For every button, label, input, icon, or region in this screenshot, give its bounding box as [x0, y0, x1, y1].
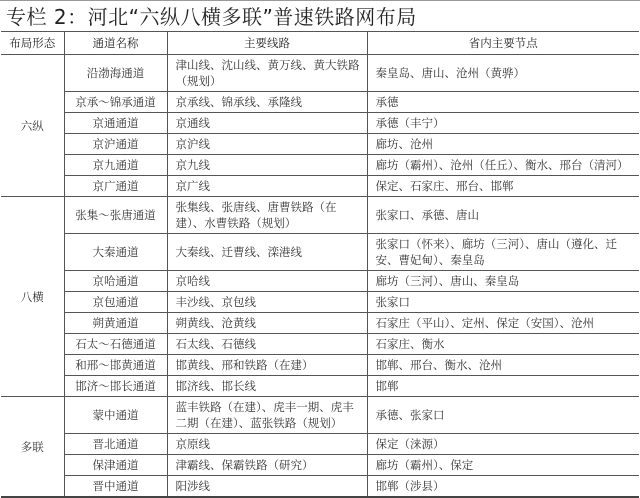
channel-cell: 京广通道 [64, 176, 167, 197]
railway-layout-table: 布局形态 通道名称 主要线路 省内主要节点 六纵 沿渤海通道 津山线、沈山线、黄… [1, 31, 639, 498]
table-row: 京哈通道 京哈线 廊坊（三河）、唐山、秦皇岛 [1, 271, 639, 292]
table-row: 六纵 沿渤海通道 津山线、沈山线、黄万线、黄大铁路（规划） 秦皇岛、唐山、沧州（… [1, 55, 639, 92]
header-nodes: 省内主要节点 [367, 32, 639, 55]
channel-cell: 和邢～邯黄通道 [64, 355, 167, 376]
nodes-cell: 张家口（怀来）、廊坊（三河）、唐山（遵化、迁安、曹妃甸）、秦皇岛 [367, 234, 639, 271]
nodes-cell: 石家庄、衡水 [367, 334, 639, 355]
header-channel: 通道名称 [64, 32, 167, 55]
channel-cell: 京哈通道 [64, 271, 167, 292]
channel-cell: 晋中通道 [64, 476, 167, 498]
nodes-cell: 廊坊（霸州）、保定 [367, 455, 639, 476]
lines-cell: 京沪线 [167, 134, 367, 155]
table-row: 邯济～邯长通道 邯济线、邯长线 邯郸 [1, 376, 639, 397]
layout-cell: 六纵 [1, 55, 64, 197]
channel-cell: 京承～锦承通道 [64, 92, 167, 113]
lines-cell: 丰沙线、京包线 [167, 292, 367, 313]
nodes-cell: 秦皇岛、唐山、沧州（黄骅） [367, 55, 639, 92]
lines-cell: 京哈线 [167, 271, 367, 292]
channel-cell: 张集～张唐通道 [64, 197, 167, 234]
nodes-cell: 邯郸 [367, 376, 639, 397]
lines-cell: 张集线、张唐线、唐曹铁路（在建）、水曹铁路（规划） [167, 197, 367, 234]
table-row: 保津通道 津霸线、保霸铁路（研究） 廊坊（霸州）、保定 [1, 455, 639, 476]
channel-cell: 石太～石德通道 [64, 334, 167, 355]
channel-cell: 晋北通道 [64, 434, 167, 455]
channel-cell: 沿渤海通道 [64, 55, 167, 92]
channel-cell: 京通通道 [64, 113, 167, 134]
nodes-cell: 邯郸、邢台、衡水、沧州 [367, 355, 639, 376]
table-row: 八横 张集～张唐通道 张集线、张唐线、唐曹铁路（在建）、水曹铁路（规划） 张家口… [1, 197, 639, 234]
lines-cell: 邯黄线、邢和铁路（在建） [167, 355, 367, 376]
lines-cell: 津霸线、保霸铁路（研究） [167, 455, 367, 476]
header-layout: 布局形态 [1, 32, 64, 55]
channel-cell: 大秦通道 [64, 234, 167, 271]
channel-cell: 京九通道 [64, 155, 167, 176]
table-row: 京承～锦承通道 京承线、锦承线、承隆线 承德 [1, 92, 639, 113]
table-row: 朔黄通道 朔黄线、沧黄线 石家庄（平山）、定州、保定（安国）、沧州 [1, 313, 639, 334]
lines-cell: 京九线 [167, 155, 367, 176]
nodes-cell: 廊坊、沧州 [367, 134, 639, 155]
nodes-cell: 邯郸（涉县） [367, 476, 639, 498]
table-row: 晋北通道 京原线 保定（涞源） [1, 434, 639, 455]
channel-cell: 邯济～邯长通道 [64, 376, 167, 397]
table-row: 京广通道 京广线 保定、石家庄、邢台、邯郸 [1, 176, 639, 197]
lines-cell: 阳涉线 [167, 476, 367, 498]
nodes-cell: 张家口 [367, 292, 639, 313]
lines-cell: 大秦线、迁曹线、滦港线 [167, 234, 367, 271]
lines-cell: 石太线、石德线 [167, 334, 367, 355]
nodes-cell: 承德、张家口 [367, 397, 639, 434]
channel-cell: 保津通道 [64, 455, 167, 476]
nodes-cell: 石家庄（平山）、定州、保定（安国）、沧州 [367, 313, 639, 334]
nodes-cell: 廊坊（霸州）、沧州（任丘）、衡水、邢台（清河） [367, 155, 639, 176]
table-row: 京沪通道 京沪线 廊坊、沧州 [1, 134, 639, 155]
layout-cell: 多联 [1, 397, 64, 498]
lines-cell: 京广线 [167, 176, 367, 197]
table-row: 和邢～邯黄通道 邯黄线、邢和铁路（在建） 邯郸、邢台、衡水、沧州 [1, 355, 639, 376]
page-title: 专栏 2：河北“六纵八横多联”普速铁路网布局 [0, 0, 640, 31]
channel-cell: 蒙中通道 [64, 397, 167, 434]
lines-cell: 京原线 [167, 434, 367, 455]
table-row: 大秦通道 大秦线、迁曹线、滦港线 张家口（怀来）、廊坊（三河）、唐山（遵化、迁安… [1, 234, 639, 271]
nodes-cell: 承德（丰宁） [367, 113, 639, 134]
header-lines: 主要线路 [167, 32, 367, 55]
table-row: 京九通道 京九线 廊坊（霸州）、沧州（任丘）、衡水、邢台（清河） [1, 155, 639, 176]
nodes-cell: 保定、石家庄、邢台、邯郸 [367, 176, 639, 197]
table-row: 晋中通道 阳涉线 邯郸（涉县） [1, 476, 639, 498]
lines-cell: 津山线、沈山线、黄万线、黄大铁路（规划） [167, 55, 367, 92]
nodes-cell: 承德 [367, 92, 639, 113]
lines-cell: 朔黄线、沧黄线 [167, 313, 367, 334]
lines-cell: 京承线、锦承线、承隆线 [167, 92, 367, 113]
lines-cell: 京通线 [167, 113, 367, 134]
channel-cell: 京包通道 [64, 292, 167, 313]
layout-cell: 八横 [1, 197, 64, 397]
channel-cell: 京沪通道 [64, 134, 167, 155]
nodes-cell: 廊坊（三河）、唐山、秦皇岛 [367, 271, 639, 292]
nodes-cell: 保定（涞源） [367, 434, 639, 455]
table-row: 京包通道 丰沙线、京包线 张家口 [1, 292, 639, 313]
lines-cell: 蓝丰铁路（在建）、虎丰一期、虎丰二期（在建）、蓝张铁路（规划） [167, 397, 367, 434]
channel-cell: 朔黄通道 [64, 313, 167, 334]
nodes-cell: 张家口、承德、唐山 [367, 197, 639, 234]
table-row: 京通通道 京通线 承德（丰宁） [1, 113, 639, 134]
lines-cell: 邯济线、邯长线 [167, 376, 367, 397]
table-row: 多联 蒙中通道 蓝丰铁路（在建）、虎丰一期、虎丰二期（在建）、蓝张铁路（规划） … [1, 397, 639, 434]
table-row: 石太～石德通道 石太线、石德线 石家庄、衡水 [1, 334, 639, 355]
table-header-row: 布局形态 通道名称 主要线路 省内主要节点 [1, 32, 639, 55]
